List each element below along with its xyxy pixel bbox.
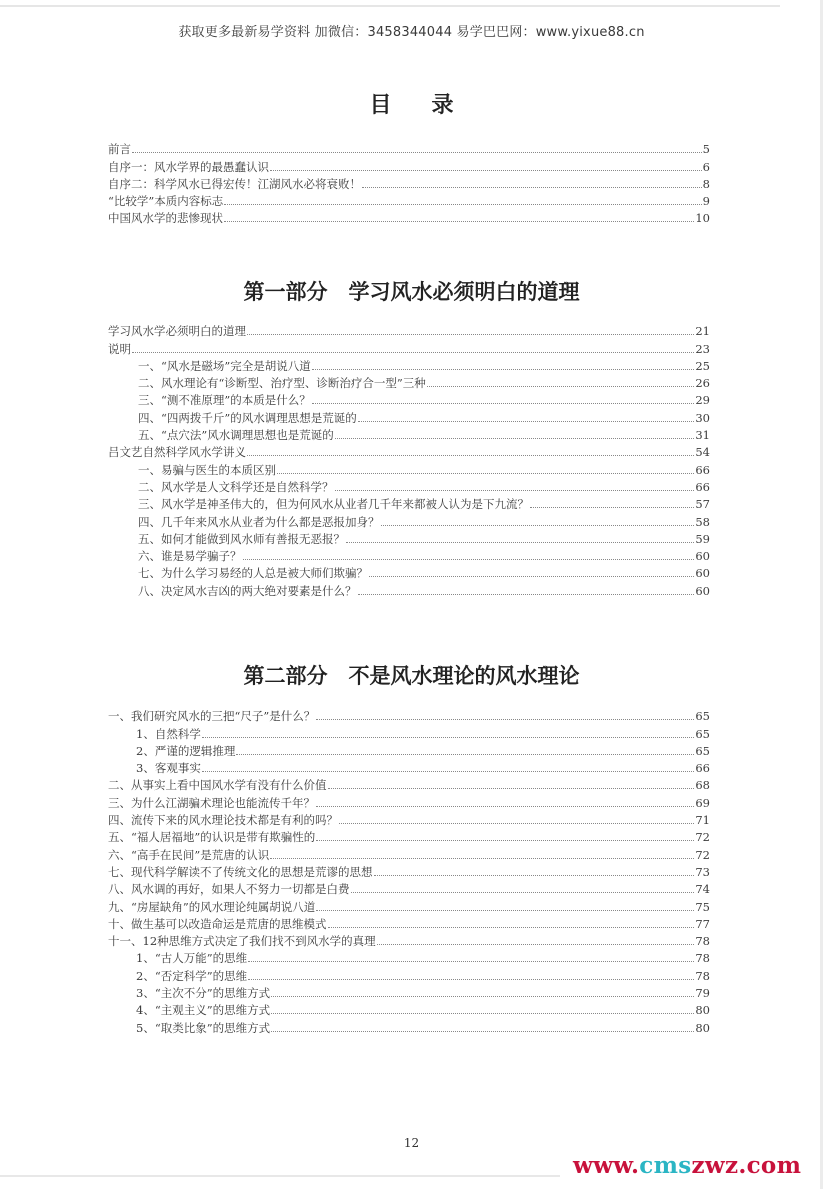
toc-leader-dots [381, 524, 695, 526]
toc-entry[interactable]: 4、“主观主义”的思维方式80 [108, 1002, 710, 1019]
toc-entry-label: 八、决定风水吉凶的两大绝对要素是什么？ [138, 583, 357, 600]
part2-title: 第二部分 不是风水理论的风水理论 [0, 660, 823, 690]
toc-leader-dots [377, 943, 695, 945]
toc-leader-dots [236, 753, 694, 755]
toc-entry[interactable]: 1、自然科学65 [108, 725, 710, 742]
toc-entry[interactable]: 九、“房屋缺角”的风水理论纯属胡说八道75 [108, 898, 710, 915]
toc-entry[interactable]: 1、“古人万能”的思维78 [108, 950, 710, 967]
toc-entry[interactable]: 3、客观事实66 [108, 760, 710, 777]
toc-entry-label: 五、“福人居福地”的认识是带有欺骗性的 [108, 829, 315, 846]
toc-entry[interactable]: 2、严谨的逻辑推理65 [108, 743, 710, 760]
toc-entry-label: 说明 [108, 341, 131, 358]
toc-leader-dots [335, 489, 695, 491]
toc-entry[interactable]: 一、“风水是磁场”完全是胡说八道25 [108, 358, 710, 375]
toc-entry-label: 一、“风水是磁场”完全是胡说八道 [138, 358, 311, 375]
toc-entry[interactable]: 自序二：科学风水已得宏传！江湖风水必将衰败！8 [108, 176, 710, 193]
toc-entry[interactable]: 三、风水学是神圣伟大的，但为何风水从业者几千年来都被人认为是下九流？57 [108, 496, 710, 513]
bottom-edge-rule [0, 1175, 560, 1177]
toc-entry-label: 四、几千年来风水从业者为什么都是恶报加身？ [138, 514, 380, 531]
toc-entry-page: 66 [695, 760, 710, 777]
toc-entry[interactable]: 中国风水学的悲惨现状10 [108, 210, 710, 227]
toc-leader-dots [277, 472, 694, 474]
part1-title: 第一部分 学习风水必须明白的道理 [0, 276, 823, 306]
toc-entry-label: 自序一：风水学界的最愚蠢认识 [108, 159, 269, 176]
toc-entry[interactable]: 七、为什么学习易经的人总是被大师们欺骗？60 [108, 565, 710, 582]
toc-entry-page: 9 [703, 193, 710, 210]
top-edge-rule [0, 5, 780, 7]
toc-entry[interactable]: 四、“四两拨千斤”的风水调理思想是荒诞的30 [108, 409, 710, 426]
toc-entry-page: 10 [695, 210, 710, 227]
toc-entry-page: 23 [695, 341, 710, 358]
toc-entry[interactable]: 四、流传下来的风水理论技术都是有利的吗？71 [108, 812, 710, 829]
toc-entry[interactable]: 十一、12种思维方式决定了我们找不到风水学的真理78 [108, 933, 710, 950]
toc-entry-page: 72 [695, 829, 710, 846]
toc-part2: 一、我们研究风水的三把“尺子”是什么？651、自然科学652、严谨的逻辑推理65… [108, 708, 710, 1037]
toc-entry[interactable]: 六、谁是易学骗子？60 [108, 548, 710, 565]
toc-leader-dots [530, 506, 694, 508]
toc-entry-page: 75 [695, 899, 710, 916]
toc-entry-label: 五、如何才能做到风水师有善报无恶报？ [138, 531, 345, 548]
toc-leader-dots [132, 151, 702, 153]
toc-entry-page: 21 [695, 323, 710, 340]
toc-entry-label: 3、“主次不分”的思维方式 [136, 985, 270, 1002]
watermark-logo: www.cmszwz.com [573, 1152, 801, 1179]
toc-entry-label: 三、“测不准原理”的本质是什么？ [138, 392, 311, 409]
toc-entry[interactable]: 七、现代科学解读不了传统文化的思想是荒谬的思想73 [108, 864, 710, 881]
toc-leader-dots [224, 220, 694, 222]
toc-entry-page: 59 [695, 531, 710, 548]
toc-entry-label: 七、现代科学解读不了传统文化的思想是荒谬的思想 [108, 864, 373, 881]
page-title: 目录 [0, 88, 823, 119]
toc-entry[interactable]: 吕文艺自然科学风水学讲义54 [108, 444, 710, 461]
toc-entry-label: 吕文艺自然科学风水学讲义 [108, 444, 246, 461]
toc-entry-label: 2、“否定科学”的思维 [136, 968, 247, 985]
toc-entry-page: 73 [695, 864, 710, 881]
toc-leader-dots [316, 805, 694, 807]
toc-entry-label: 六、谁是易学骗子？ [138, 548, 242, 565]
toc-entry[interactable]: 十、做生基可以改造命运是荒唐的思维模式77 [108, 916, 710, 933]
toc-entry-page: 66 [695, 462, 710, 479]
toc-part1: 学习风水学必须明白的道理21说明23一、“风水是磁场”完全是胡说八道25二、风水… [108, 323, 710, 600]
toc-leader-dots [362, 186, 702, 188]
toc-entry-label: 3、客观事实 [136, 760, 201, 777]
toc-entry[interactable]: 四、几千年来风水从业者为什么都是恶报加身？58 [108, 513, 710, 530]
toc-leader-dots [248, 960, 694, 962]
toc-entry-page: 60 [695, 565, 710, 582]
toc-entry-page: 29 [695, 392, 710, 409]
toc-entry-label: 三、风水学是神圣伟大的，但为何风水从业者几千年来都被人认为是下九流？ [138, 496, 529, 513]
toc-entry-label: 五、“点穴法”风水调理思想也是荒诞的 [138, 427, 334, 444]
toc-entry[interactable]: 前言5 [108, 141, 710, 158]
toc-leader-dots [202, 770, 695, 772]
toc-entry-page: 79 [695, 985, 710, 1002]
toc-entry-label: 学习风水学必须明白的道理 [108, 323, 246, 340]
watermark-part-c: zwz.com [692, 1152, 802, 1179]
toc-entry-label: 四、“四两拨千斤”的风水调理思想是荒诞的 [138, 410, 357, 427]
toc-entry[interactable]: 八、决定风水吉凶的两大绝对要素是什么？60 [108, 582, 710, 599]
toc-entry[interactable]: 学习风水学必须明白的道理21 [108, 323, 710, 340]
toc-leader-dots [316, 718, 694, 720]
toc-entry[interactable]: 2、“否定科学”的思维78 [108, 967, 710, 984]
toc-entry[interactable]: 二、风水学是人文科学还是自然科学？66 [108, 479, 710, 496]
toc-front-matter: 前言5自序一：风水学界的最愚蠢认识6自序二：科学风水已得宏传！江湖风水必将衰败！… [108, 141, 710, 227]
toc-entry-page: 31 [695, 427, 710, 444]
toc-leader-dots [369, 575, 694, 577]
toc-entry[interactable]: 三、为什么江湖骗术理论也能流传千年？69 [108, 794, 710, 811]
toc-leader-dots [247, 333, 694, 335]
toc-entry-label: 二、风水理论有“诊断型、治疗型、诊断治疗合一型”三种 [138, 375, 426, 392]
toc-entry[interactable]: 二、从事实上看中国风水学有没有什么价值68 [108, 777, 710, 794]
toc-entry-page: 72 [695, 847, 710, 864]
toc-entry-label: 九、“房屋缺角”的风水理论纯属胡说八道 [108, 899, 315, 916]
toc-entry[interactable]: 八、风水调的再好，如果人不努力一切都是白费74 [108, 881, 710, 898]
toc-entry-page: 60 [695, 583, 710, 600]
toc-entry-page: 69 [695, 795, 710, 812]
toc-entry-page: 60 [695, 548, 710, 565]
toc-leader-dots [270, 169, 702, 171]
toc-entry-page: 25 [695, 358, 710, 375]
toc-entry-label: 十、做生基可以改造命运是荒唐的思维模式 [108, 916, 327, 933]
toc-leader-dots [358, 420, 695, 422]
toc-leader-dots [271, 1012, 694, 1014]
toc-entry-label: 4、“主观主义”的思维方式 [136, 1002, 270, 1019]
toc-leader-dots [328, 787, 695, 789]
header-note: 获取更多最新易学资料 加微信：3458344044 易学巴巴网：www.yixu… [0, 21, 823, 40]
toc-entry-page: 57 [695, 496, 710, 513]
toc-leader-dots [202, 736, 695, 738]
watermark-part-a: www. [573, 1152, 639, 1179]
toc-entry-page: 8 [703, 176, 710, 193]
toc-entry-page: 5 [703, 141, 710, 158]
toc-entry-page: 26 [695, 375, 710, 392]
toc-entry-label: 2、严谨的逻辑推理 [136, 743, 235, 760]
toc-entry[interactable]: 自序一：风水学界的最愚蠢认识6 [108, 158, 710, 175]
toc-entry-page: 71 [695, 812, 710, 829]
toc-entry-page: 78 [695, 968, 710, 985]
toc-entry-label: 七、为什么学习易经的人总是被大师们欺骗？ [138, 565, 368, 582]
toc-entry-page: 65 [695, 743, 710, 760]
toc-entry-page: 65 [695, 708, 710, 725]
toc-entry[interactable]: 5、“取类比象”的思维方式80 [108, 1019, 710, 1036]
toc-entry-label: 十一、12种思维方式决定了我们找不到风水学的真理 [108, 933, 376, 950]
toc-leader-dots [316, 839, 694, 841]
toc-entry[interactable]: 二、风水理论有“诊断型、治疗型、诊断治疗合一型”三种26 [108, 375, 710, 392]
toc-leader-dots [328, 926, 695, 928]
toc-entry-page: 80 [695, 1002, 710, 1019]
toc-entry-label: 一、我们研究风水的三把“尺子”是什么？ [108, 708, 315, 725]
toc-entry-label: 自序二：科学风水已得宏传！江湖风水必将衰败！ [108, 176, 361, 193]
toc-entry-page: 65 [695, 726, 710, 743]
toc-leader-dots [339, 822, 694, 824]
toc-entry-label: 四、流传下来的风水理论技术都是有利的吗？ [108, 812, 338, 829]
toc-entry-label: 八、风水调的再好，如果人不努力一切都是白费 [108, 881, 350, 898]
toc-entry-page: 30 [695, 410, 710, 427]
toc-entry-label: 六、“高手在民间”是荒唐的认识 [108, 847, 269, 864]
toc-leader-dots [312, 368, 695, 370]
toc-entry[interactable]: 一、我们研究风水的三把“尺子”是什么？65 [108, 708, 710, 725]
toc-entry-label: 一、易骗与医生的本质区别 [138, 462, 276, 479]
toc-entry-page: 77 [695, 916, 710, 933]
toc-entry-label: 前言 [108, 141, 131, 158]
toc-entry-page: 68 [695, 777, 710, 794]
toc-entry[interactable]: “比较学”本质内容标志9 [108, 193, 710, 210]
toc-entry-label: 二、风水学是人文科学还是自然科学？ [138, 479, 334, 496]
page-number: 12 [0, 1136, 823, 1150]
toc-entry-page: 6 [703, 159, 710, 176]
toc-leader-dots [247, 454, 694, 456]
toc-leader-dots [346, 541, 694, 543]
toc-entry-page: 78 [695, 933, 710, 950]
toc-entry-page: 66 [695, 479, 710, 496]
toc-leader-dots [248, 978, 694, 980]
toc-entry[interactable]: 三、“测不准原理”的本质是什么？29 [108, 392, 710, 409]
toc-leader-dots [271, 1030, 694, 1032]
toc-leader-dots [270, 857, 694, 859]
toc-entry-page: 58 [695, 514, 710, 531]
toc-entry-label: “比较学”本质内容标志 [108, 193, 223, 210]
toc-leader-dots [224, 203, 701, 205]
toc-entry-label: 三、为什么江湖骗术理论也能流传千年？ [108, 795, 315, 812]
toc-leader-dots [335, 437, 695, 439]
toc-entry[interactable]: 五、“福人居福地”的认识是带有欺骗性的72 [108, 829, 710, 846]
toc-entry[interactable]: 一、易骗与医生的本质区别66 [108, 461, 710, 478]
toc-entry[interactable]: 五、如何才能做到风水师有善报无恶报？59 [108, 531, 710, 548]
toc-entry-label: 1、自然科学 [136, 726, 201, 743]
toc-entry[interactable]: 3、“主次不分”的思维方式79 [108, 985, 710, 1002]
toc-entry-label: 5、“取类比象”的思维方式 [136, 1020, 270, 1037]
toc-entry[interactable]: 六、“高手在民间”是荒唐的认识72 [108, 846, 710, 863]
toc-entry-page: 54 [695, 444, 710, 461]
toc-leader-dots [316, 909, 694, 911]
toc-leader-dots [358, 593, 695, 595]
toc-entry[interactable]: 说明23 [108, 340, 710, 357]
toc-entry-page: 78 [695, 950, 710, 967]
toc-leader-dots [271, 995, 694, 997]
toc-entry-page: 74 [695, 881, 710, 898]
toc-entry-label: 1、“古人万能”的思维 [136, 950, 247, 967]
toc-leader-dots [312, 402, 695, 404]
toc-leader-dots [427, 385, 695, 387]
toc-entry[interactable]: 五、“点穴法”风水调理思想也是荒诞的31 [108, 427, 710, 444]
toc-leader-dots [351, 891, 695, 893]
toc-leader-dots [243, 558, 695, 560]
toc-entry-label: 二、从事实上看中国风水学有没有什么价值 [108, 777, 327, 794]
toc-entry-page: 80 [695, 1020, 710, 1037]
toc-leader-dots [374, 874, 695, 876]
watermark-part-b: cms [639, 1152, 691, 1179]
toc-leader-dots [132, 351, 694, 353]
toc-entry-label: 中国风水学的悲惨现状 [108, 210, 223, 227]
